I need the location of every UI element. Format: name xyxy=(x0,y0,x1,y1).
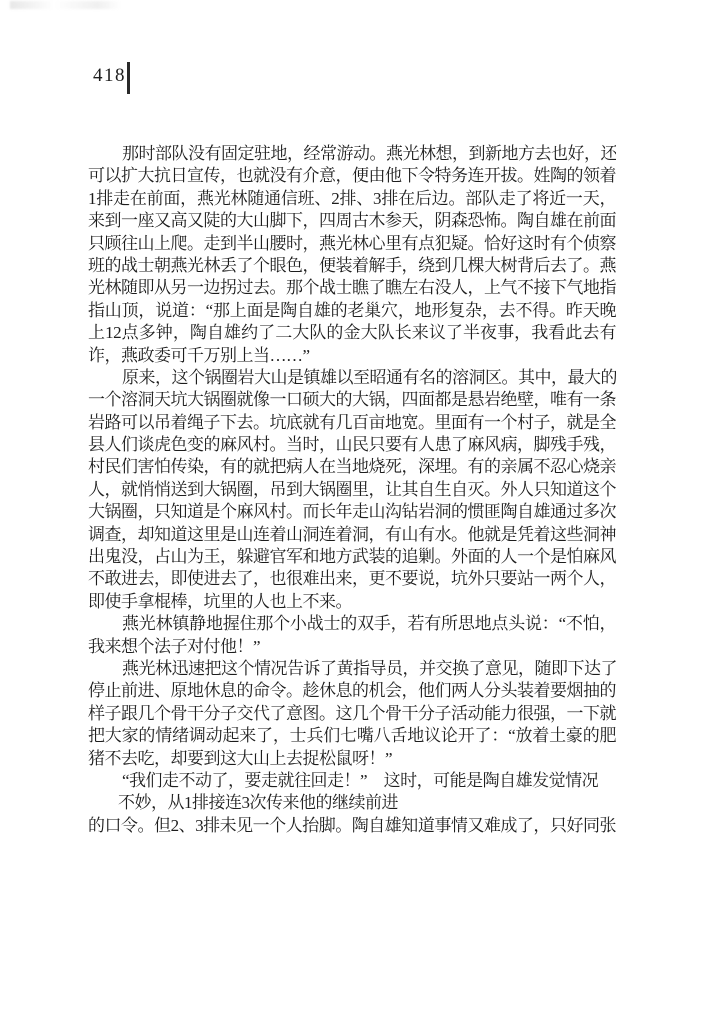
text-line: 光林随即从另一边拐过去。那个战士瞧了瞧左右没人，上气不接下气地指 xyxy=(88,277,616,299)
page-number: 418 xyxy=(93,64,126,88)
text-line: 不敢进去，即使进去了，也很难出来，更不要说，坑外只要站一两个人， xyxy=(88,568,616,590)
text-line: 原来，这个锅圈岩大山是镇雄以至昭通有名的溶洞区。其中，最大的 xyxy=(88,367,616,389)
paragraph: “我们走不动了，要走就往回走！” 这时，可能是陶自雄发觉情况不妙，从1排接连3次… xyxy=(88,770,616,837)
text-line: 村民们害怕传染，有的就把病人在当地烧死，深埋。有的亲属不忍心烧亲 xyxy=(88,456,616,478)
text-line: 把大家的情绪调动起来了，士兵们七嘴八舌地议论开了：“放着土豪的肥 xyxy=(88,725,616,747)
text-line: 样子跟几个骨干分子交代了意图。这几个骨干分子活动能力很强，一下就 xyxy=(88,703,616,725)
text-line: 燕光林镇静地握住那个小战士的双手，若有所思地点头说：“不怕， xyxy=(88,613,616,635)
text-line: 一个溶洞天坑大锅圈就像一口硕大的大锅，四面都是悬岩绝壁，唯有一条 xyxy=(88,389,616,411)
text-line: 我来想个法子对付他！” xyxy=(88,636,616,658)
text-line: 燕光林迅速把这个情况告诉了黄指导员，并交换了意见，随即下达了 xyxy=(88,658,616,680)
folio-divider-bar xyxy=(127,62,130,94)
text-line: 1排走在前面，燕光林随通信班、2排、3排在后边。部队走了将近一天， xyxy=(88,188,616,210)
text-line: 停止前进、原地休息的命令。趁休息的机会，他们两人分头装着要烟抽的 xyxy=(88,680,616,702)
text-line: 指山顶，说道：“那上面是陶自雄的老巢穴，地形复杂，去不得。昨天晚 xyxy=(88,300,616,322)
text-line: 只顾往山上爬。走到半山腰时，燕光林心里有点犯疑。恰好这时有个侦察 xyxy=(88,233,616,255)
text-line: 那时部队没有固定驻地，经常游动。燕光林想，到新地方去也好，还 xyxy=(88,143,616,165)
book-page: 418 那时部队没有固定驻地，经常游动。燕光林想，到新地方去也好，还可以扩大抗日… xyxy=(0,0,715,1010)
text-line: 出鬼没，占山为王，躲避官军和地方武装的追剿。外面的人一个是怕麻风 xyxy=(88,546,616,568)
paragraph: 那时部队没有固定驻地，经常游动。燕光林想，到新地方去也好，还可以扩大抗日宣传，也… xyxy=(88,143,616,367)
text-line: 诈，燕政委可千万别上当……” xyxy=(88,345,616,367)
text-line: 可以扩大抗日宣传，也就没有介意，便由他下令特务连开拔。姓陶的领着 xyxy=(88,165,616,187)
text-line: 来到一座又高又陡的大山脚下，四周古木参天，阴森恐怖。陶自雄在前面 xyxy=(88,210,616,232)
paragraph: 燕光林镇静地握住那个小战士的双手，若有所思地点头说：“不怕，我来想个法子对付他！… xyxy=(88,613,616,658)
text-line: 岩路可以吊着绳子下去。坑底就有几百亩地宽。里面有一个村子，就是全 xyxy=(88,412,616,434)
text-line: 班的战士朝燕光林丢了个眼色，便装着解手，绕到几棵大树背后去了。燕 xyxy=(88,255,616,277)
paragraph: 燕光林迅速把这个情况告诉了黄指导员，并交换了意见，随即下达了停止前进、原地休息的… xyxy=(88,658,616,770)
page-body-text: 那时部队没有固定驻地，经常游动。燕光林想，到新地方去也好，还可以扩大抗日宣传，也… xyxy=(88,143,616,837)
text-line: 调查，却知道这里是山连着山洞连着洞，有山有水。他就是凭着这些洞神 xyxy=(88,524,616,546)
text-line: 大锅圈，只知道是个麻风村。而长年走山沟钻岩洞的惯匪陶自雄通过多次 xyxy=(88,501,616,523)
text-line: 县人们谈虎色变的麻风村。当时，山民只要有人患了麻风病，脚残手残， xyxy=(88,434,616,456)
text-line: 即使手拿棍棒，坑里的人也上不来。 xyxy=(88,591,616,613)
scan-artifact xyxy=(10,1,120,9)
text-line: 不妙，从1排接连3次传来他的继续前进 xyxy=(88,792,616,814)
text-line: “我们走不动了，要走就往回走！” 这时，可能是陶自雄发觉情况 xyxy=(88,770,616,792)
text-line: 人，就悄悄送到大锅圈，吊到大锅圈里，让其自生自灭。外人只知道这个 xyxy=(88,479,616,501)
text-line: 上12点多钟，陶自雄约了二大队的金大队长来议了半夜事，我看此去有 xyxy=(88,322,616,344)
text-line: 的口令。但2、3排未见一个人抬脚。陶自雄知道事情又难成了，只好同张 xyxy=(88,815,616,837)
text-line: 猪不去吃，却要到这大山上去捉松鼠呀！” xyxy=(88,748,616,770)
paragraph: 原来，这个锅圈岩大山是镇雄以至昭通有名的溶洞区。其中，最大的一个溶洞天坑大锅圈就… xyxy=(88,367,616,613)
